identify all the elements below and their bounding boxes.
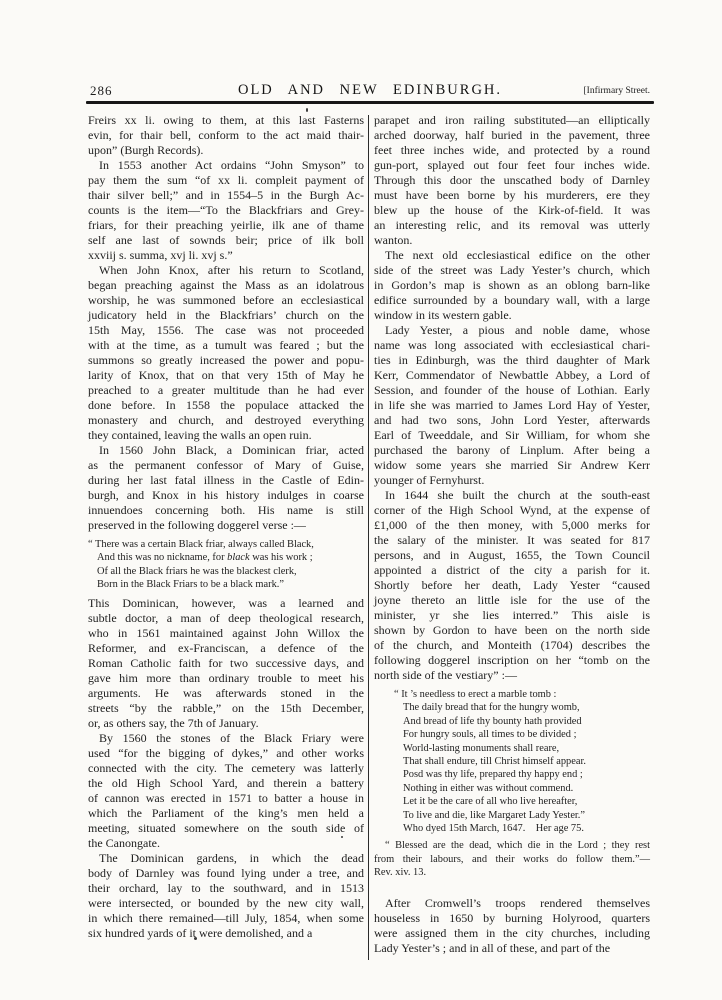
text-line: Posd was thy life, prepared thy happy en… (394, 768, 650, 781)
ink-speck (306, 108, 308, 112)
text-line: burgh, and Knox in his history indulges … (88, 488, 364, 503)
header-rule (86, 101, 654, 104)
text-line: And this was no nickname, for black was … (88, 551, 364, 564)
paragraph: This Dominican, however, was a learned a… (88, 596, 364, 731)
text-line: Of all the Black friars he was the black… (88, 565, 364, 578)
text-line: following doggerel inscription on her “t… (374, 653, 650, 668)
text-line: preached to a greater multitude than he … (88, 383, 364, 398)
text-line: widow some years she married Sir Andrew … (374, 458, 650, 473)
ink-speck (194, 937, 197, 940)
text-line: And bread of life thy bounty hath provid… (394, 715, 650, 728)
text-line: gave him more than ordinary trouble to m… (88, 671, 364, 686)
header-annotation: [Infirmary Street. (584, 86, 650, 96)
text-line: done before. In 1558 the populace attack… (88, 398, 364, 413)
paragraph: The next old ecclesiastical edifice on t… (374, 248, 650, 323)
text-line: £1,000 of the then money, with 5,000 mer… (374, 518, 650, 533)
text-line: their orchard, lay to the southward, and… (88, 881, 364, 896)
paragraph: The Dominican gardens, in which the dead… (88, 851, 364, 941)
text-line: an interesting relic, and its removal wa… (374, 218, 650, 233)
text-line: innuendoes concerning both. His name is … (88, 503, 364, 518)
text-line: Shortly before her death, Lady Yester “c… (374, 578, 650, 593)
text-line: of the church, and Monteith (1704) descr… (374, 638, 650, 653)
paragraph: In 1560 John Black, a Dominican friar, a… (88, 443, 364, 533)
text-line: Nothing in either was without commend. (394, 782, 650, 795)
text-line: monastery and church, and destroyed ever… (88, 413, 364, 428)
text-line: The next old ecclesiastical edifice on t… (374, 248, 650, 263)
text-line: subtle doctor, a man of deep theological… (88, 611, 364, 626)
text-line: during her last fatal illness in the Cas… (88, 473, 364, 488)
text-line: summons so greatly increased the power a… (88, 353, 364, 368)
text-line: used “for the bigging of dykes,” and oth… (88, 746, 364, 761)
paragraph: Lady Yester, a pious and noble dame, who… (374, 323, 650, 488)
footnote: “ Blessed are the dead, which die in the… (374, 839, 650, 879)
text-line: friars, for their preaching yeirlie, ilk… (88, 218, 364, 233)
text-line: six hundred yards of it were demolished,… (88, 926, 364, 941)
text-line: worship, he was summoned before an eccle… (88, 293, 364, 308)
paragraph: Freirs xx li. owing to them, at this las… (88, 113, 364, 158)
text-line: window in its western gable. (374, 308, 650, 323)
column-divider (368, 115, 369, 960)
text-line: That shall endure, till Christ himself a… (394, 755, 650, 768)
text-line: shown by Gordon to have been on the nort… (374, 623, 650, 638)
text-line: in life she was married to James Lord Ha… (374, 398, 650, 413)
text-line: Earl of Tweeddale, and Sir William, for … (374, 428, 650, 443)
text-line: minister, yr she lies interred.” This ai… (374, 608, 650, 623)
text-line: Session, and founder of the house of Lot… (374, 383, 650, 398)
text-line: Born in the Black Friars to be a black m… (88, 578, 364, 591)
text-line: connected with the city. The cemetery wa… (88, 761, 364, 776)
text-line: or, as others say, the 7th of January. (88, 716, 364, 731)
paragraph: In 1553 another Act ordains “John Smyson… (88, 158, 364, 263)
text-line: the old High School Yard, and therein a … (88, 776, 364, 791)
text-line: corner of the High School Wynd, at the e… (374, 503, 650, 518)
text-line: pay them the sum “of xx li. compleit pay… (88, 173, 364, 188)
text-line: preserved in the following doggerel vers… (88, 518, 364, 533)
verse-block: “ It ’s needless to erect a marble tomb … (394, 688, 650, 835)
text-line: name was long associated with ecclesiast… (374, 338, 650, 353)
text-line: In 1553 another Act ordains “John Smyson… (88, 158, 364, 173)
text-line: self ane last of sownds beir; price of i… (88, 233, 364, 248)
text-line: appointed a district of the city a paris… (374, 563, 650, 578)
text-line: blew up the house of the Kirk-of-field. … (374, 203, 650, 218)
left-column: Freirs xx li. owing to them, at this las… (88, 113, 364, 960)
text-line: the Canongate. (88, 836, 364, 851)
text-line: In 1560 John Black, a Dominican friar, a… (88, 443, 364, 458)
text-line: Who dyed 15th March, 1647. Her age 75. (394, 822, 650, 835)
text-line: Through this door the unscathed body of … (374, 173, 650, 188)
paragraph: After Cromwell’s troops rendered themsel… (374, 896, 650, 956)
text-line: counts is the item—“To the Blackfriars a… (88, 203, 364, 218)
text-line: were assigned them in the city churches,… (374, 926, 650, 941)
text-line: were intersected, or bounded by the new … (88, 896, 364, 911)
text-line: body of Darnley was found lying under a … (88, 866, 364, 881)
text-line: streets “by the rabble,” on the 15th Dec… (88, 701, 364, 716)
paragraph: When John Knox, after his return to Scot… (88, 263, 364, 443)
text-line: Reformer, and ex-Franciscan, a defence o… (88, 641, 364, 656)
text-line: By 1560 the stones of the Black Friary w… (88, 731, 364, 746)
text-line: began preaching against the Mass as an i… (88, 278, 364, 293)
verse-block: “ There was a certain Black friar, alway… (88, 538, 364, 592)
text-line: purchased the barony of Linplum. After b… (374, 443, 650, 458)
text-line: as the permanent confessor of Mary of Gu… (88, 458, 364, 473)
text-line: Freirs xx li. owing to them, at this las… (88, 113, 364, 128)
text-line: The Dominican gardens, in which the dead (88, 851, 364, 866)
text-line: judicatory held in the Blackfriars’ chur… (88, 308, 364, 323)
paragraph: parapet and iron railing substituted—an … (374, 113, 650, 248)
text-line: parapet and iron railing substituted—an … (374, 113, 650, 128)
text-line: wanton. (374, 233, 650, 248)
text-line: For hungry souls, all times to be divide… (394, 728, 650, 741)
text-line: arched doorway, half buried in the pavem… (374, 128, 650, 143)
book-page: 286 OLD AND NEW EDINBURGH. [Infirmary St… (0, 0, 722, 1000)
text-line: arguments. He was afterwards stoned in t… (88, 686, 364, 701)
text-line: “ Blessed are the dead, which die in the… (374, 839, 650, 852)
text-line: The daily bread that for the hungry womb… (394, 701, 650, 714)
text-line: edifice surrounded by a boundary wall, w… (374, 293, 650, 308)
text-line: After Cromwell’s troops rendered themsel… (374, 896, 650, 911)
text-line: persons, and in August, 1655, the Town C… (374, 548, 650, 563)
text-line: Lady Yester’s ; and in all of these, and… (374, 941, 650, 956)
text-line: thair silver bell;” and in 1554–5 in the… (88, 188, 364, 203)
paragraph: By 1560 the stones of the Black Friary w… (88, 731, 364, 851)
ink-speck (341, 836, 343, 838)
text-line: When John Knox, after his return to Scot… (88, 263, 364, 278)
text-line: Lady Yester, a pious and noble dame, who… (374, 323, 650, 338)
text-line: with at the time, as a tumult was feared… (88, 338, 364, 353)
text-line: larity of Knox, that on that very 15th o… (88, 368, 364, 383)
text-line: houseless in 1650 by burning Holyrood, q… (374, 911, 650, 926)
text-line: side of the street was Lady Yester’s chu… (374, 263, 650, 278)
paragraph: In 1644 she built the church at the sout… (374, 488, 650, 683)
text-line: Rev. xiv. 13. (374, 866, 650, 879)
text-line: World-lasting monuments shall reare, (394, 742, 650, 755)
text-line: feet three inches wide, and protected by… (374, 143, 650, 158)
running-title: OLD AND NEW EDINBURGH. (88, 82, 652, 99)
text-line: gun-port, splayed out four feet four inc… (374, 158, 650, 173)
text-line: which the Parliament of the king’s men h… (88, 806, 364, 821)
text-line: 15th May, 1556. The case was not proceed… (88, 323, 364, 338)
text-line: in which there remained—till July, 1854,… (88, 911, 364, 926)
text-line: Roman Catholic faith for two successive … (88, 656, 364, 671)
text-line: north side of the vestiary” :— (374, 668, 650, 683)
text-line: the salary of the minister. It was seate… (374, 533, 650, 548)
text-line: “ It ’s needless to erect a marble tomb … (394, 688, 650, 701)
right-column: parapet and iron railing substituted—an … (374, 113, 650, 960)
text-line: joyne thereto an little isle for the use… (374, 593, 650, 608)
text-line: xxviij s. summa, xvj li. xvj s.” (88, 248, 364, 263)
text-line: Kerr, Commendator of Newbattle Abbey, a … (374, 368, 650, 383)
text-line: who in 1561 maintained against John Will… (88, 626, 364, 641)
text-line: must have been borne by his murderers, e… (374, 188, 650, 203)
text-line: Let it be the care of all who live herea… (394, 795, 650, 808)
text-line: upon” (Burgh Records). (88, 143, 364, 158)
text-line: In 1644 she built the church at the sout… (374, 488, 650, 503)
text-line: from their labours, and their works do f… (374, 853, 650, 866)
text-line: younger of Fernyhurst. (374, 473, 650, 488)
text-line: ties in Edinburgh, was the third daughte… (374, 353, 650, 368)
text-line: evin, for thair bell, conform to the act… (88, 128, 364, 143)
text-line: “ There was a certain Black friar, alway… (88, 538, 364, 551)
text-line: they contained, leaving the walls an ope… (88, 428, 364, 443)
text-columns: Freirs xx li. owing to them, at this las… (88, 113, 650, 960)
text-line: This Dominican, however, was a learned a… (88, 596, 364, 611)
text-line: and had two sons, John Lord Yester, afte… (374, 413, 650, 428)
text-line: in Gordon’s map is shown as an oblong ba… (374, 278, 650, 293)
text-line: meeting, situated somewhere on the south… (88, 821, 364, 836)
text-line: of cannon was erected in 1571 to batter … (88, 791, 364, 806)
text-line: To live and die, like Margaret Lady Yest… (394, 809, 650, 822)
